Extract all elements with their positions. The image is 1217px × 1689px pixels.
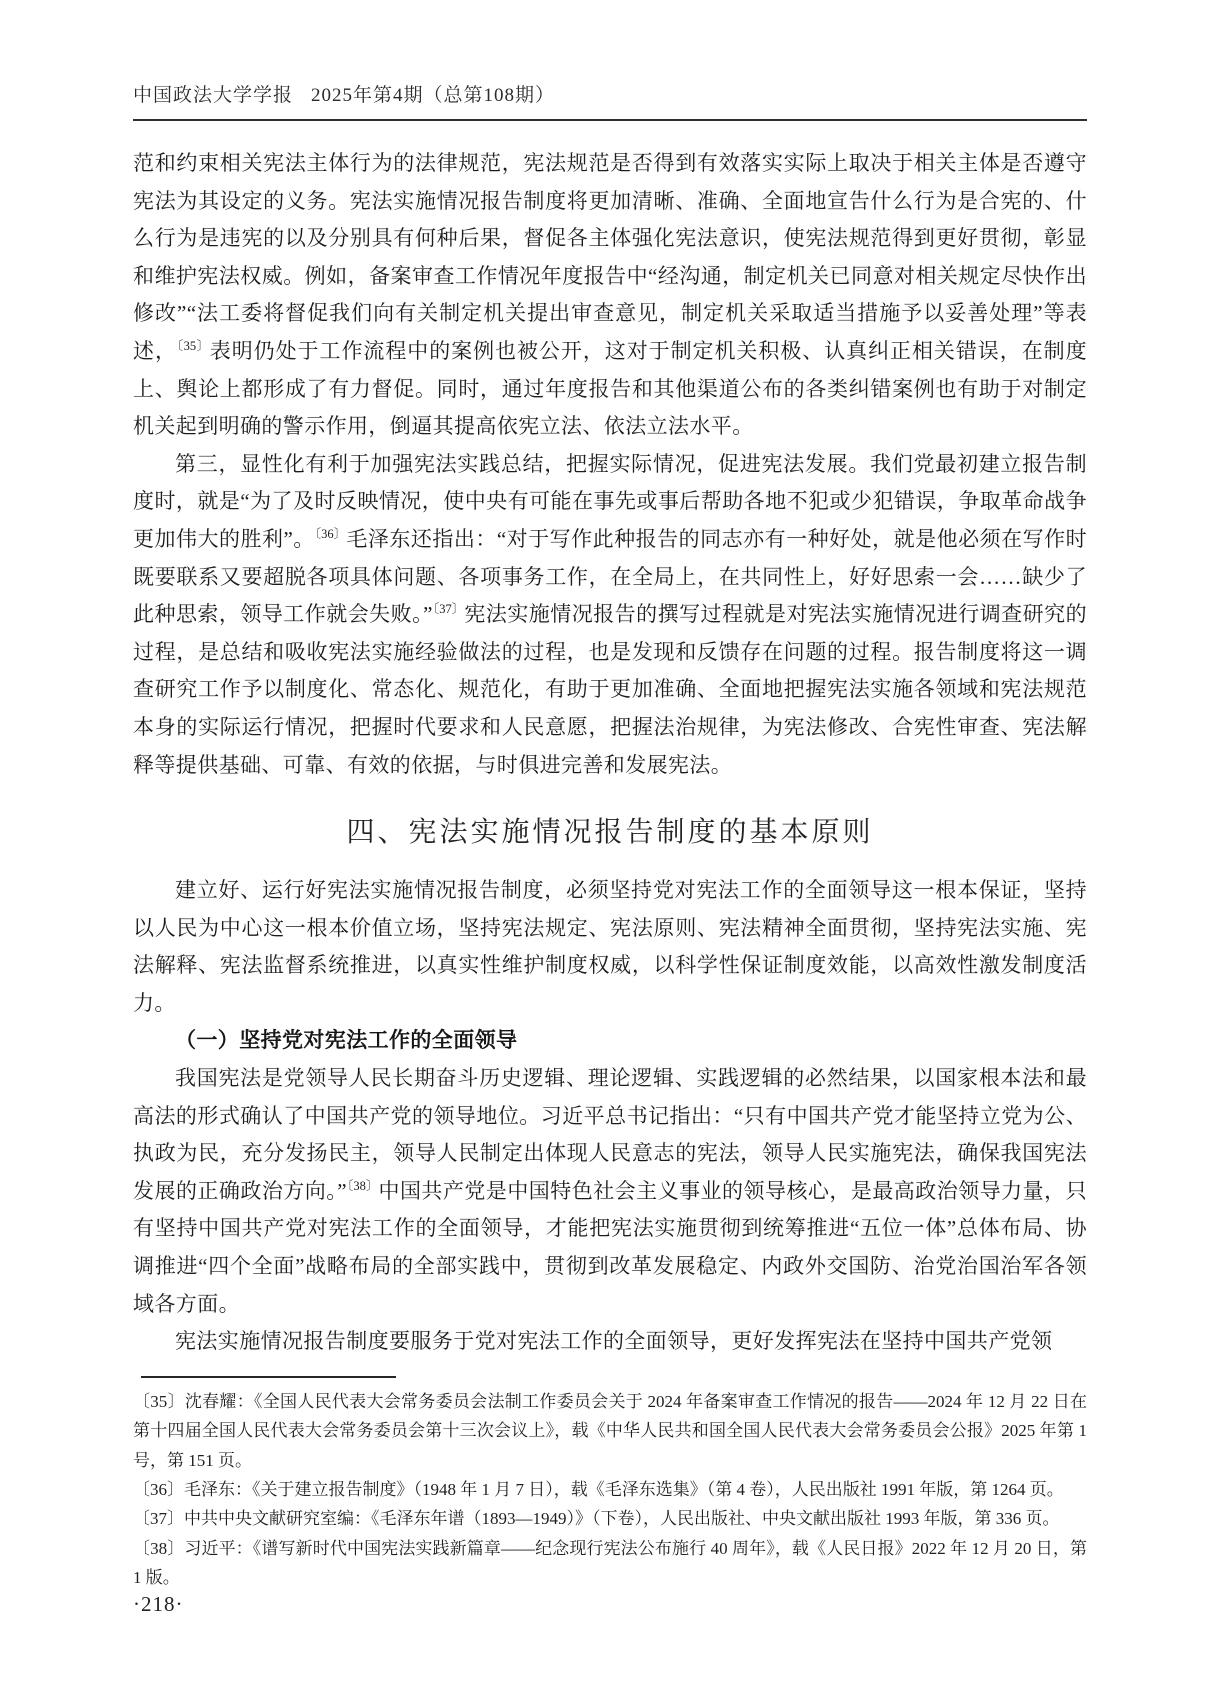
footnote-35: 〔35〕沈春耀：《全国人民代表大会常务委员会法制工作委员会关于 2024 年备案…: [133, 1387, 1087, 1475]
header-rule: [133, 119, 1087, 121]
section-heading: 四、宪法实施情况报告制度的基本原则: [133, 810, 1087, 850]
page-number: ·218·: [133, 1592, 184, 1617]
paragraph-continuation: 范和约束相关宪法主体行为的法律规范，宪法规范是否得到有效落实实际上取决于相关主体…: [133, 145, 1087, 446]
paragraph-principles-intro: 建立好、运行好宪法实施情况报告制度，必须坚持党对宪法工作的全面领导这一根本保证，…: [133, 872, 1087, 1022]
paragraph-text: 范和约束相关宪法主体行为的法律规范，宪法规范是否得到有效落实实际上取决于相关主体…: [133, 151, 1087, 363]
footnotes-block: 〔35〕沈春耀：《全国人民代表大会常务委员会法制工作委员会关于 2024 年备案…: [133, 1387, 1087, 1593]
running-head: 中国政法大学学报2025年第4期（总第108期）: [133, 0, 1087, 107]
footnote-36: 〔36〕毛泽东：《关于建立报告制度》（1948 年 1 月 7 日），载《毛泽东…: [133, 1475, 1087, 1504]
paragraph-text: 宪法实施情况报告的撰写过程就是对宪法实施情况进行调查研究的过程，是总结和吸收宪法…: [133, 602, 1087, 776]
footnote-38: 〔38〕习近平：《谱写新时代中国宪法实践新篇章——纪念现行宪法公布施行 40 周…: [133, 1534, 1087, 1593]
footnote-37: 〔37〕中共中央文献研究室编：《毛泽东年谱（1893—1949）》（下卷），人民…: [133, 1504, 1087, 1533]
journal-page: 中国政法大学学报2025年第4期（总第108期） 范和约束相关宪法主体行为的法律…: [0, 0, 1217, 1689]
subsection-heading: （一）坚持党对宪法工作的全面领导: [133, 1022, 1087, 1060]
paragraph-third-point: 第三，显性化有利于加强宪法实践总结，把握实际情况，促进宪法发展。我们党最初建立报…: [133, 446, 1087, 784]
journal-title: 中国政法大学学报: [133, 85, 293, 106]
issue-info: 2025年第4期（总第108期）: [311, 85, 555, 106]
footnote-ref-36: 〔36〕: [315, 527, 347, 541]
paragraph-party-leadership: 我国宪法是党领导人民长期奋斗历史逻辑、理论逻辑、实践逻辑的必然结果，以国家根本法…: [133, 1060, 1087, 1323]
footnote-ref-38: 〔38〕: [347, 1179, 379, 1193]
footnote-ref-37: 〔37〕: [433, 602, 465, 616]
footnote-ref-35: 〔35〕: [177, 339, 210, 353]
page-content: 中国政法大学学报2025年第4期（总第108期） 范和约束相关宪法主体行为的法律…: [133, 0, 1087, 1593]
paragraph-last-line: 宪法实施情况报告制度要服务于党对宪法工作的全面领导，更好发挥宪法在坚持中国共产党…: [133, 1323, 1087, 1361]
paragraph-text: 表明仍处于工作流程中的案例也被公开，这对于制定机关积极、认真纠正相关错误，在制度…: [133, 339, 1087, 438]
article-body: 范和约束相关宪法主体行为的法律规范，宪法规范是否得到有效落实实际上取决于相关主体…: [133, 145, 1087, 1593]
footnote-separator: [141, 1376, 396, 1378]
